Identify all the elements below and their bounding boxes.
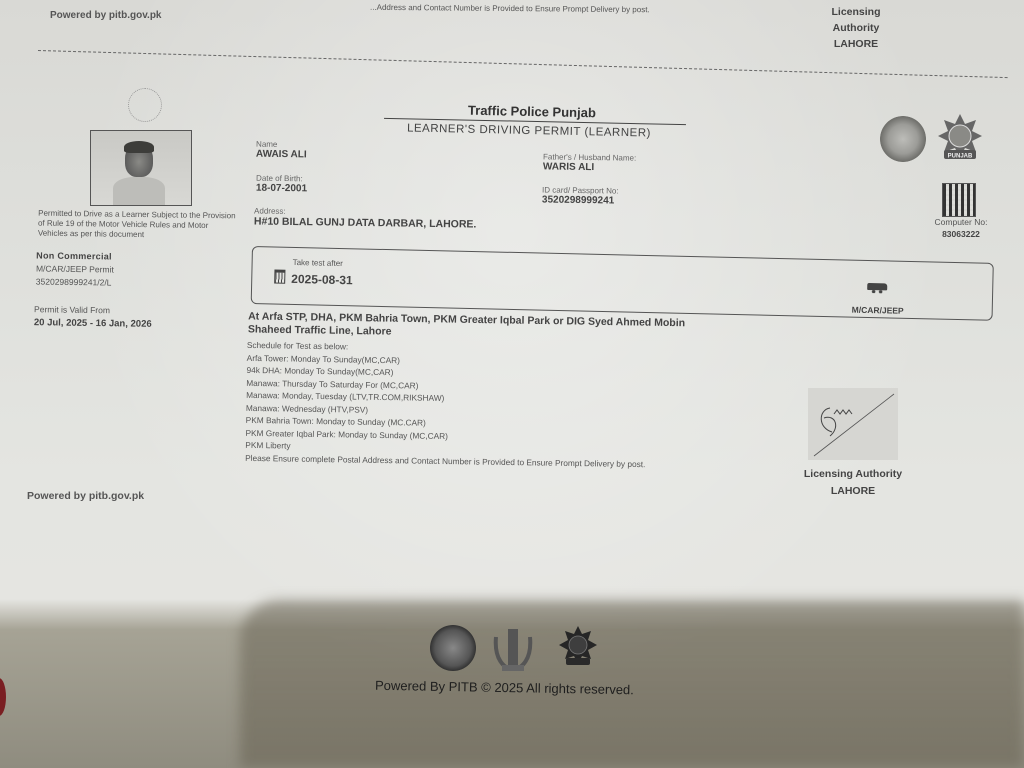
traffic-police-badge-icon: PUNJAB (936, 112, 984, 164)
qr-code-icon (943, 184, 975, 216)
dob-field: Date of Birth: 18-07-2001 (256, 174, 307, 195)
vehicle-class-label: M/CAR/JEEP (852, 305, 902, 316)
computer-number-block: Computer No: 83063222 (926, 216, 996, 240)
father-value: WARIS ALI (543, 161, 636, 173)
vehicle-class: M/CAR/JEEP (852, 277, 903, 316)
organization-title: Traffic Police Punjab (468, 103, 596, 121)
emblem-watermark-icon (128, 88, 162, 122)
punjab-seal-icon (430, 625, 476, 671)
licensing-authority: Licensing Authority LAHORE (800, 466, 906, 500)
test-date: 2025-08-31 (274, 270, 353, 288)
authority-city: LAHORE (808, 36, 904, 52)
pitb-tower-icon (490, 625, 536, 673)
traffic-police-footer-badge-icon (558, 625, 598, 669)
permit-category: Non Commercial (36, 249, 114, 263)
name-field: Name AWAIS ALI (256, 140, 307, 161)
car-icon (867, 283, 887, 290)
licensing-authority-top: Licensing Authority LAHORE (808, 4, 904, 52)
authority-title: Licensing Authority (808, 4, 904, 36)
powered-by-top: Powered by pitb.gov.pk (50, 10, 162, 21)
svg-text:PUNJAB: PUNJAB (948, 154, 973, 160)
computer-no-label: Computer No: (926, 216, 996, 228)
permission-rule-text: Permitted to Drive as a Learner Subject … (38, 209, 238, 242)
address-field: Address: H#10 BILAL GUNJ DATA DARBAR, LA… (254, 206, 477, 230)
signature-image (808, 388, 898, 460)
computer-no-value: 83063222 (926, 228, 996, 240)
name-value: AWAIS ALI (256, 149, 307, 161)
id-value: 3520298999241 (542, 194, 619, 206)
photo-hair (124, 141, 154, 153)
applicant-photo (90, 130, 192, 206)
test-date-value: 2025-08-31 (291, 272, 353, 287)
footer-logos (430, 625, 610, 675)
permit-category-block: Non Commercial M/CAR/JEEP Permit 3520298… (36, 249, 114, 289)
permit-type: M/CAR/JEEP Permit (36, 262, 114, 276)
father-name-field: Father's / Husband Name: WARIS ALI (543, 152, 636, 173)
permit-number: 3520298999241/2/L (36, 275, 114, 289)
punjab-emblem-icon (880, 116, 926, 162)
test-label: Take test after (293, 258, 343, 268)
validity-block: Permit is Valid From 20 Jul, 2025 - 16 J… (34, 303, 152, 331)
authority-title: Licensing Authority (800, 466, 906, 483)
dob-value: 18-07-2001 (256, 183, 307, 195)
id-card-field: ID card/ Passport No: 3520298999241 (542, 185, 619, 206)
test-schedule: Schedule for Test as below: Arfa Tower: … (245, 339, 647, 470)
photo-body (113, 177, 165, 205)
authority-city: LAHORE (800, 483, 906, 500)
powered-by: Powered by pitb.gov.pk (27, 490, 144, 502)
validity-dates: 20 Jul, 2025 - 16 Jan, 2026 (34, 316, 152, 331)
calendar-icon (274, 270, 285, 284)
